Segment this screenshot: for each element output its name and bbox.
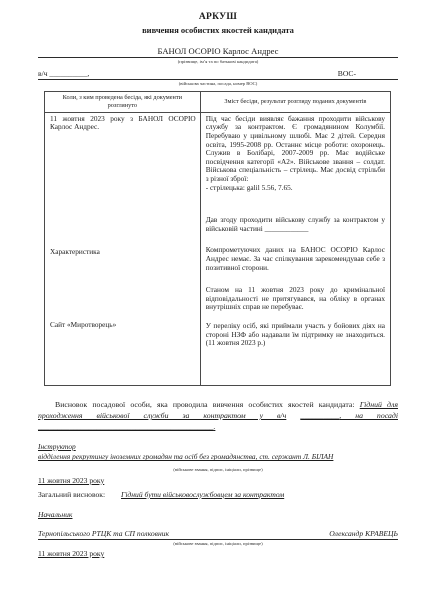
interview-paragraph: У переліку осіб, які приймали участь у б… [206,322,385,348]
overall-conclusion-line: Загальний висновок: Гідний бути військов… [38,490,398,499]
interview-paragraph: Станом на 11 жовтня 2023 року до криміна… [206,286,385,312]
table-header-right: Зміст бесіди, результат розгляду поданих… [200,92,390,113]
interview-paragraph: Під час бесіди виявляє бажання проходити… [206,115,385,184]
candidate-name-line: БАНОЛ ОСОРІО Карлос Андрес [38,46,398,58]
interview-table: Коли, з ким проведена бесіда, які докуме… [44,91,391,386]
vos-label: ВОС- [338,69,398,78]
left-entry-characteristic: Характеристика [50,248,196,257]
interview-paragraph: Дав згоду проходити військову службу за … [206,216,385,233]
unit-line: в/ч __________, ВОС- [38,69,398,80]
chief-unit-rank: Тернопільського РТЦК та СП полковник [38,529,169,538]
chief-title: Начальник [38,510,72,519]
table-cell-left: 11 жовтня 2023 року з БАНОЛ ОСОРІО Карло… [45,112,201,385]
document-subtitle: вивчення особистих якостей кандидата [38,25,398,35]
instructor-name-line: відділення рекрутингу іноземних громадян… [38,452,398,463]
candidate-name: БАНОЛ ОСОРІО Карлос Андрес [158,46,279,56]
date-line-2: 11 жовтня 2023 року [38,549,104,558]
conclusion-blank-unit: __________ [300,411,339,420]
instructor-title: Інструктор [38,442,76,453]
overall-conclusion-label: Загальний висновок: [38,490,105,499]
left-entry-myrotvorets: Сайт «Миротворець» [50,321,196,330]
interview-paragraph: Компрометуючих даних на БАНОС ОСОРІО Кар… [206,246,385,272]
table-header-row: Коли, з ким проведена бесіда, які докуме… [45,92,391,113]
conclusion-position-label: , на посаді [339,411,398,420]
unit-blank: __________ [49,69,87,78]
conclusion-intro: Висновок посадової особи, яка проводила … [55,400,355,409]
date-line-1: 11 жовтня 2023 року [38,476,104,485]
document-title: АРКУШ [38,12,398,22]
signature-caption: (військове звання, підпис, ініціали, прі… [38,541,398,547]
interview-paragraph: - стрілецька: galil 5.56, 7.65. [206,184,385,193]
conclusion-period: . [213,422,215,431]
unit-caption: (військова частина, посада, номер ВОС) [38,81,398,87]
overall-conclusion-text: Гідний бути військовослужбовцем за контр… [121,490,284,499]
unit-label: в/ч [38,69,48,78]
conclusion-blank-position: ________________________________________… [38,422,213,431]
signature-caption: (військове звання, підпис, ініціали, прі… [38,467,398,473]
unit-comma: , [87,69,89,78]
table-header-left: Коли, з ким проведена бесіда, які докуме… [45,92,201,113]
candidate-name-caption: (прізвище, ім’я та по батькові кандидата… [38,59,398,65]
instructor-signature-block: Інструктор відділення рекрутингу іноземн… [38,442,398,463]
table-cell-right: Під час бесіди виявляє бажання проходити… [200,112,390,385]
chief-name: Олександр КРАВЕЦЬ [329,529,398,538]
document-page: АРКУШ вивчення особистих якостей кандида… [0,0,424,600]
left-entry-date: 11 жовтня 2023 року з БАНОЛ ОСОРІО Карло… [50,115,196,132]
chief-signature-line: Тернопільського РТЦК та СП полковник Оле… [38,529,398,540]
official-conclusion: Висновок посадової особи, яка проводила … [38,399,398,433]
unit-field: в/ч __________, [38,69,89,78]
table-body-row: 11 жовтня 2023 року з БАНОЛ ОСОРІО Карло… [45,112,391,385]
